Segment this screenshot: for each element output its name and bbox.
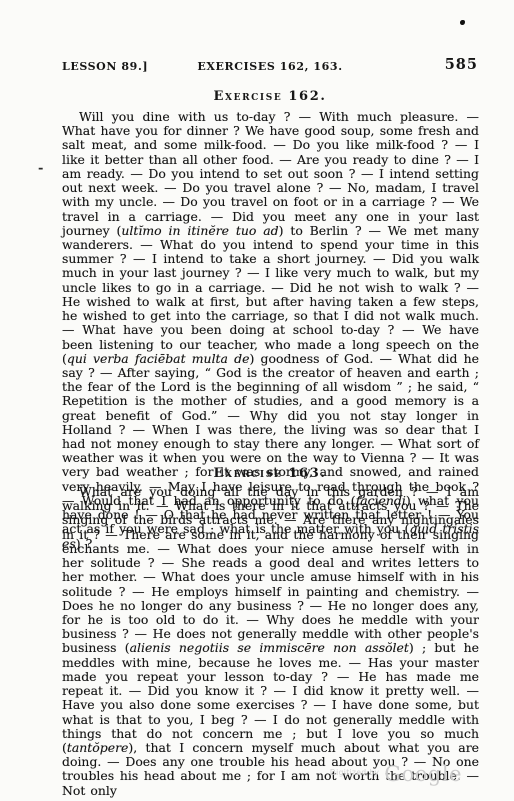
scan-speck (460, 20, 465, 25)
exercises-reference: EXERCISES 162, 163. (62, 60, 478, 73)
watermark-prefix: Digitized by (330, 768, 379, 777)
running-head: LESSON 89.] EXERCISES 162, 163. 585 (62, 58, 478, 74)
exercise-163-text: What are you doing all the day in this g… (62, 485, 479, 798)
digitization-watermark: Digitized byGoogle (330, 762, 462, 786)
scanned-book-page: LESSON 89.] EXERCISES 162, 163. 585 Exer… (0, 0, 514, 801)
margin-mark: - (38, 161, 43, 176)
google-logo-text: Google (384, 762, 462, 786)
exercise-162-heading: Exercise 162. (62, 89, 478, 104)
exercise-163-heading: Exercise 163. (62, 466, 478, 481)
page-number: 585 (445, 56, 478, 73)
